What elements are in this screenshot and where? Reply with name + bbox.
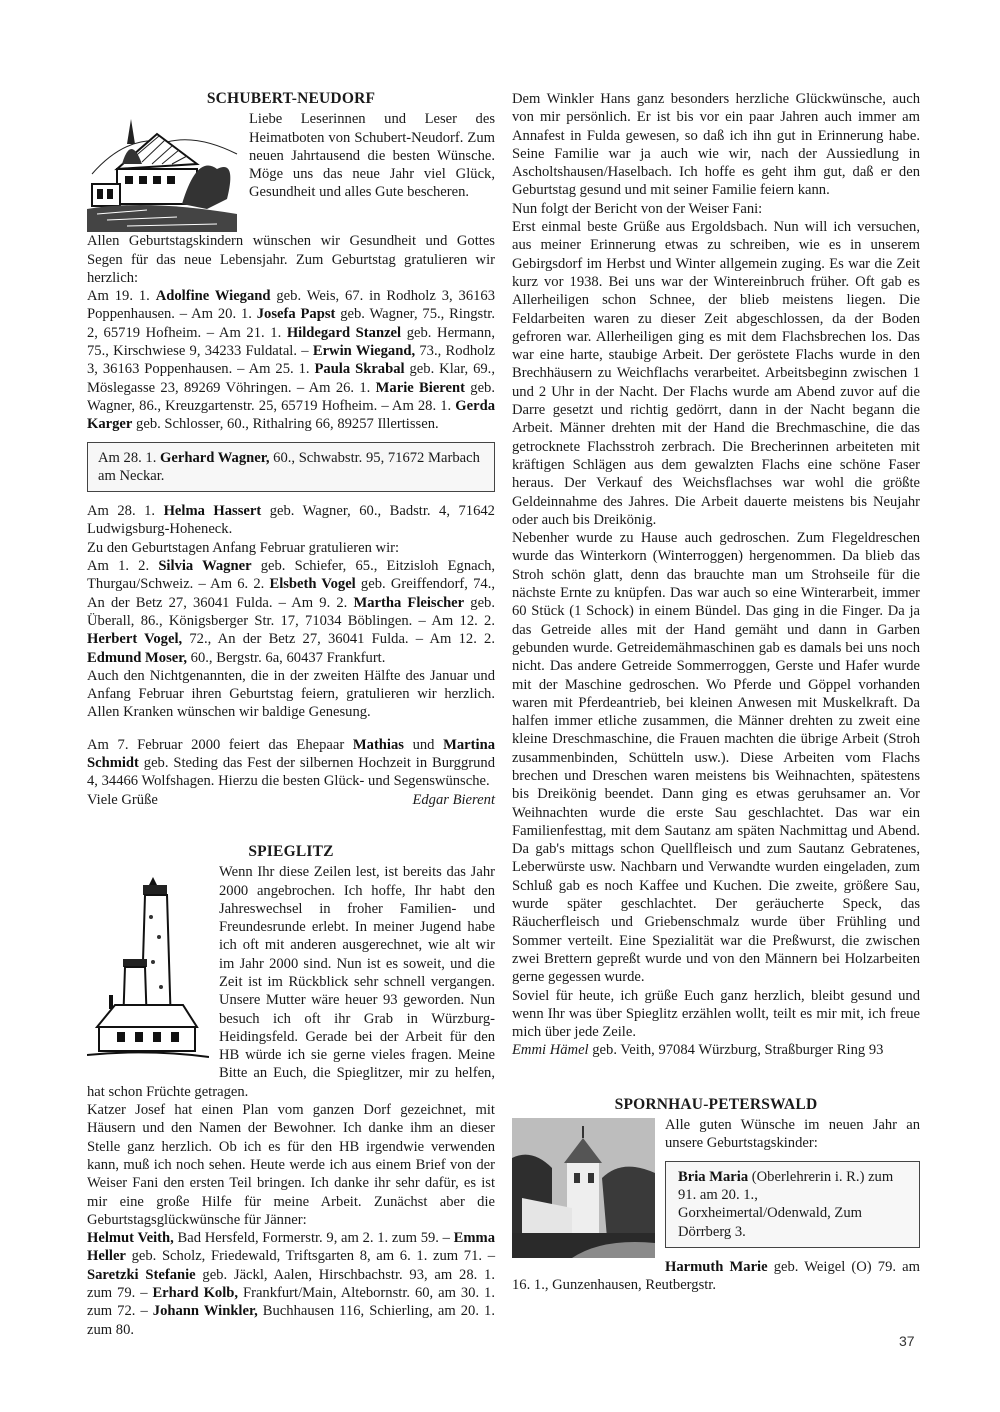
birthday-name: Silvia Wagner xyxy=(158,558,251,574)
section-title-schubert-neudorf: SCHUBERT-NEUDORF xyxy=(87,90,495,108)
birthday-name: Edmund Moser, xyxy=(87,650,187,666)
birthday-name: Herbert Vogel, xyxy=(87,631,182,647)
spieglitz-closing: Soviel für heute, ich grüße Euch ganz he… xyxy=(512,987,920,1042)
birthday-name: Adolfine Wiegand xyxy=(156,288,271,304)
silver-wedding-announcement: Am 7. Februar 2000 feiert das Ehepaar Ma… xyxy=(87,736,495,791)
winkler-greeting: Dem Winkler Hans ganz besonders herzlich… xyxy=(512,90,920,200)
section-title-spieglitz: SPIEGLITZ xyxy=(87,843,495,861)
author-name: Emmi Hämel xyxy=(512,1042,589,1058)
highlighted-birthday-box: Bria Maria (Oberlehrerin i. R.) zum 91. … xyxy=(665,1161,920,1248)
schubert-closing: Auch den Nichtgenannten, die in der zwei… xyxy=(87,667,495,722)
birthday-name: Marie Bierent xyxy=(376,380,465,396)
tower-illustration-icon xyxy=(87,877,209,1065)
schubert-february-birthdays: Am 1. 2. Silvia Wagner geb. Schiefer, 65… xyxy=(87,557,495,667)
birthday-name: Paula Skrabal xyxy=(314,361,404,377)
church-photo-icon xyxy=(512,1118,655,1258)
birthday-name: Elsbeth Vogel xyxy=(269,576,355,592)
page-number: 37 xyxy=(899,1333,915,1349)
schubert-greeting: Allen Geburtstagskindern wünschen wir Ge… xyxy=(87,232,495,287)
left-column: SCHUBERT-NEUDORF Liebe Leserinnen und Le… xyxy=(87,90,495,1339)
author-name: Edgar Bierent xyxy=(412,791,495,809)
birthday-name: Harmuth Marie xyxy=(665,1259,768,1275)
birthday-name: Helmut Veith, xyxy=(87,1230,174,1246)
section-title-spornhau-peterswald: SPORNHAU-PETERSWALD xyxy=(512,1096,920,1114)
report-paragraph-threshing: Nebenher wurde zu Hause auch gedroschen.… xyxy=(512,529,920,986)
tower-drawing xyxy=(87,877,209,1065)
village-house-drawing xyxy=(87,114,239,232)
birthday-name: Martha Fleischer xyxy=(353,595,464,611)
report-paragraph-flax: Erst einmal beste Grüße aus Ergoldsbach.… xyxy=(512,218,920,529)
birthday-name: Johann Winkler, xyxy=(153,1303,258,1319)
right-column: Dem Winkler Hans ganz besonders herzlich… xyxy=(512,90,920,1294)
report-intro: Nun folgt der Bericht von der Weiser Fan… xyxy=(512,200,920,218)
birthday-name: Helma Hassert xyxy=(164,503,262,519)
house-illustration-icon xyxy=(87,114,239,232)
church-photo xyxy=(512,1118,655,1258)
birthday-name: Hildegard Stanzel xyxy=(287,325,401,341)
february-intro: Zu den Geburtstagen Anfang Februar gratu… xyxy=(87,539,495,557)
schubert-signoff: Viele Grüße Edgar Bierent xyxy=(87,791,495,809)
birthday-name: Gerhard Wagner, xyxy=(160,450,269,466)
birthday-name: Bria Maria xyxy=(678,1169,748,1185)
highlighted-birthday-box: Am 28. 1. Gerhard Wagner, 60., Schwabstr… xyxy=(87,442,495,493)
spornhau-entry: Harmuth Marie geb. Weigel (O) 79. am 16.… xyxy=(512,1258,920,1295)
birthday-name: Saretzki Stefanie xyxy=(87,1267,196,1283)
schubert-january-birthdays: Am 19. 1. Adolfine Wiegand geb. Weis, 67… xyxy=(87,287,495,433)
helma-hassert-entry: Am 28. 1. Helma Hassert geb. Wagner, 60.… xyxy=(87,502,495,539)
spieglitz-january-birthdays: Helmut Veith, Bad Hersfeld, Formerstr. 9… xyxy=(87,1229,495,1339)
spieglitz-paragraph: Katzer Josef hat einen Plan vom ganzen D… xyxy=(87,1101,495,1229)
birthday-name: Erwin Wiegand, xyxy=(313,343,415,359)
birthday-name: Erhard Kolb, xyxy=(152,1285,238,1301)
birthday-name: Josefa Papst xyxy=(257,306,336,322)
spieglitz-author: Emmi Hämel geb. Veith, 97084 Würzburg, S… xyxy=(512,1041,920,1059)
